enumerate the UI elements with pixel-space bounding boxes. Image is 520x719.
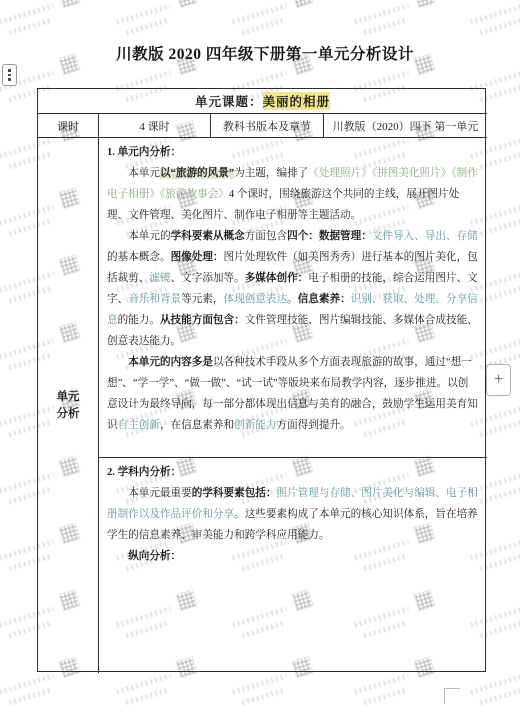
watermark-stamp (348, 0, 441, 47)
text-run: 音乐和背景 (128, 294, 181, 305)
text-run: 四个： (287, 231, 319, 242)
text-run: 的基本概念。 (107, 252, 171, 263)
text-run: 方面包含 (245, 231, 287, 242)
text-run: 信息素养： (298, 294, 351, 305)
textbook-chapter-label: 教科书版本及章节 (211, 114, 324, 138)
text-run: 。 (287, 294, 298, 305)
text-run: 等元素， (181, 294, 223, 305)
add-button[interactable]: + (486, 364, 511, 396)
text-run: 本单元最重要 (128, 488, 192, 499)
text-run: 单元课题： (195, 92, 263, 110)
section1-paragraph-3: 本单元的内容多是以各种技术手段从多个方面表现旅游的故事，通过“想一想”、“学一学… (107, 352, 478, 436)
text-run: 文件导入、导出、存储 (372, 231, 478, 242)
text-run: 2. 学科内分析： (107, 467, 181, 478)
text-run: 数据管理： (319, 231, 372, 242)
text-run: ，在信息素养和 (160, 420, 234, 431)
watermark-seal-icon (177, 0, 197, 7)
text-run: 纵向分析： (128, 551, 181, 562)
text-run: 、文字添加等。 (171, 273, 245, 284)
class-hours-label: 课时 (38, 114, 99, 138)
drag-handle-dot (8, 74, 11, 77)
unit-topic-header: 单元课题：美丽的相册 (38, 89, 487, 114)
text-run: 的学科要素包括： (192, 488, 277, 499)
watermark-seal-icon (60, 0, 80, 7)
text-run: 美丽的相册 (263, 92, 331, 110)
watermark-seal-icon (415, 0, 435, 7)
text-run: 本单元的内容多是 (128, 357, 213, 368)
textbook-chapter-value: 川教版（2020）四下 第一单元 (324, 114, 487, 138)
text-run: 本单元的 (128, 231, 170, 242)
drag-handle-dot (8, 69, 11, 72)
drag-handle-button[interactable] (2, 64, 17, 86)
section2-paragraph-2: 纵向分析： (107, 546, 478, 567)
watermark-stamp (226, 0, 319, 47)
text-run: 自主创新 (118, 420, 160, 431)
text-run: 从技能方面包含： (160, 315, 245, 326)
text-run: 图像处理： (171, 252, 224, 263)
text-run: 本单元 (128, 168, 160, 179)
watermark-seal-icon (293, 0, 313, 7)
text-run: 学科要素从概念 (171, 231, 245, 242)
section1-paragraph-1: 本单元以“旅游的风景”为主题，编排了《处理照片》《拼图美化照片》《制作电子相册》… (107, 163, 478, 226)
text-run: 多媒体创作： (245, 273, 309, 284)
text-run: 滤镜 (149, 273, 170, 284)
section2-heading: 2. 学科内分析： (107, 462, 478, 483)
watermark-stamp (0, 0, 85, 47)
unit-analysis-label: 单元 分析 (38, 138, 99, 673)
text-run: 1. 单元内分析： (107, 147, 181, 158)
text-run: 的能力。 (118, 315, 160, 326)
class-hours-value: 4 课时 (99, 114, 211, 138)
text-run: 体现创意表达 (224, 294, 288, 305)
section-unit-analysis: 1. 单元内分析： 本单元以“旅游的风景”为主题，编排了《处理照片》《拼图美化照… (99, 138, 487, 458)
section-subject-analysis: 2. 学科内分析： 本单元最重要的学科要素包括：照片管理与存储、图片美化与编辑、… (99, 458, 487, 673)
text-run: 为主题，编排了 (234, 168, 308, 179)
drag-handle-dot (8, 78, 11, 81)
section1-heading: 1. 单元内分析： (107, 142, 478, 163)
text-run: 创新能力 (234, 420, 276, 431)
page-title: 川教版 2020 四年级下册第一单元分析设计 (5, 42, 520, 64)
section2-paragraph-1: 本单元最重要的学科要素包括：照片管理与存储、图片美化与编辑、电子相册制作以及作品… (107, 483, 478, 546)
section1-paragraph-2: 本单元的学科要素从概念方面包含四个：数据管理：文件导入、导出、存储的基本概念。图… (107, 226, 478, 352)
watermark-stamp (464, 0, 520, 47)
text-run: 以“旅游的风景” (160, 168, 234, 179)
text-run: 方面得到提升。 (277, 420, 351, 431)
page-corner-mark (444, 688, 460, 704)
watermark-stamp (110, 0, 203, 47)
unit-analysis-table: 单元课题：美丽的相册 课时 4 课时 教科书版本及章节 川教版（2020）四下 … (37, 88, 486, 672)
